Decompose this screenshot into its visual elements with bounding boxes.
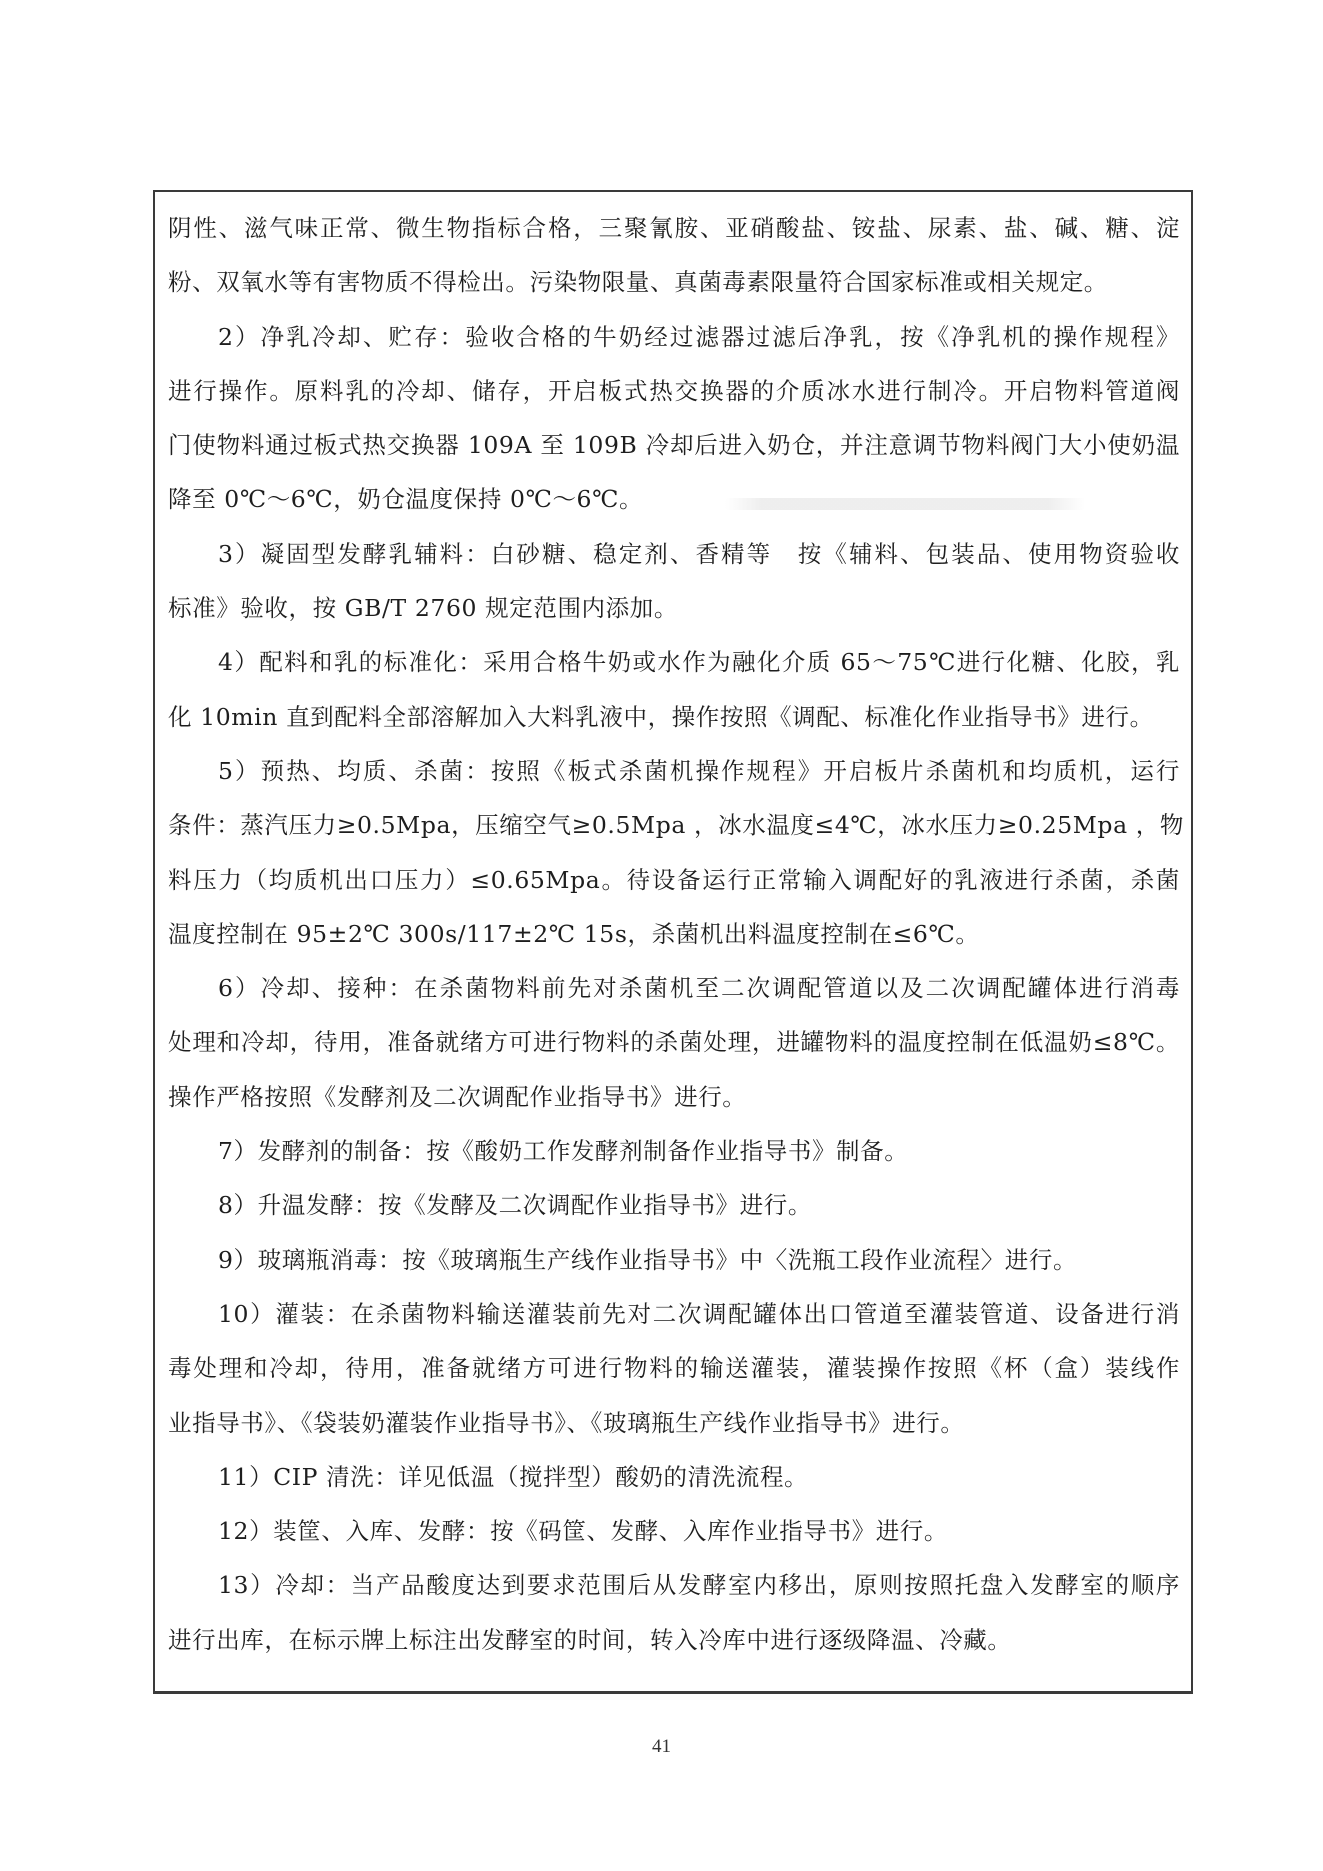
text-line: 温度控制在 95±2℃ 300s/117±2℃ 15s，杀菌机出料温度控制在≤6…	[168, 919, 1180, 973]
paragraph-12: 12）装筐、入库、发酵：按《码筐、发酵、入库作业指导书》进行。	[168, 1516, 1180, 1570]
text-line: 业指导书》、《袋装奶灌装作业指导书》、《玻璃瓶生产线作业指导书》进行。	[168, 1408, 1180, 1462]
paragraph-13-start: 13）冷却：当产品酸度达到要求范围后从发酵室内移出，原则按照托盘入发酵室的顺序	[168, 1570, 1180, 1624]
text-line: 标准》验收，按 GB/T 2760 规定范围内添加。	[168, 593, 1180, 647]
paragraph-5-start: 5）预热、均质、杀菌：按照《板式杀菌机操作规程》开启板片杀菌机和均质机，运行	[168, 756, 1180, 810]
document-body: 阴性、滋气味正常、微生物指标合格，三聚氰胺、亚硝酸盐、铵盐、尿素、盐、碱、糖、淀…	[168, 213, 1180, 1679]
text-line: 条件：蒸汽压力≥0.5Mpa，压缩空气≥0.5Mpa ，冰水温度≤4℃，冰水压力…	[168, 810, 1180, 864]
text-line: 毒处理和冷却，待用，准备就绪方可进行物料的输送灌装，灌装操作按照《杯（盒）装线作	[168, 1353, 1180, 1407]
text-line: 粉、双氧水等有害物质不得检出。污染物限量、真菌毒素限量符合国家标准或相关规定。	[168, 267, 1180, 321]
paragraph-11: 11）CIP 清洗：详见低温（搅拌型）酸奶的清洗流程。	[168, 1462, 1180, 1516]
paragraph-6-start: 6）冷却、接种：在杀菌物料前先对杀菌机至二次调配管道以及二次调配罐体进行消毒	[168, 973, 1180, 1027]
text-line: 降至 0℃～6℃，奶仓温度保持 0℃～6℃。	[168, 484, 1180, 538]
paragraph-7: 7）发酵剂的制备：按《酸奶工作发酵剂制备作业指导书》制备。	[168, 1136, 1180, 1190]
text-line: 进行操作。原料乳的冷却、储存，开启板式热交换器的介质冰水进行制冷。开启物料管道阀	[168, 376, 1180, 430]
text-line: 门使物料通过板式热交换器 109A 至 109B 冷却后进入奶仓，并注意调节物料…	[168, 430, 1180, 484]
paragraph-3-start: 3）凝固型发酵乳辅料：白砂糖、稳定剂、香精等 按《辅料、包装品、使用物资验收	[168, 539, 1180, 593]
paragraph-2-start: 2）净乳冷却、贮存：验收合格的牛奶经过滤器过滤后净乳，按《净乳机的操作规程》	[168, 322, 1180, 376]
scan-artifact	[725, 498, 1085, 510]
page-number: 41	[0, 1736, 1323, 1758]
text-line: 进行出库，在标示牌上标注出发酵室的时间，转入冷库中进行逐级降温、冷藏。	[168, 1625, 1180, 1679]
text-line: 料压力（均质机出口压力）≤0.65Mpa。待设备运行正常输入调配好的乳液进行杀菌…	[168, 865, 1180, 919]
text-line: 处理和冷却，待用，准备就绪方可进行物料的杀菌处理，进罐物料的温度控制在低温奶≤8…	[168, 1027, 1180, 1081]
paragraph-9: 9）玻璃瓶消毒：按《玻璃瓶生产线作业指导书》中〈洗瓶工段作业流程〉进行。	[168, 1245, 1180, 1299]
paragraph-4-start: 4）配料和乳的标准化：采用合格牛奶或水作为融化介质 65～75℃进行化糖、化胶，…	[168, 647, 1180, 701]
text-line: 操作严格按照《发酵剂及二次调配作业指导书》进行。	[168, 1082, 1180, 1136]
paragraph-10-start: 10）灌装：在杀菌物料输送灌装前先对二次调配罐体出口管道至灌装管道、设备进行消	[168, 1299, 1180, 1353]
text-line: 化 10min 直到配料全部溶解加入大料乳液中，操作按照《调配、标准化作业指导书…	[168, 702, 1180, 756]
text-line: 阴性、滋气味正常、微生物指标合格，三聚氰胺、亚硝酸盐、铵盐、尿素、盐、碱、糖、淀	[168, 213, 1180, 267]
paragraph-8: 8）升温发酵：按《发酵及二次调配作业指导书》进行。	[168, 1190, 1180, 1244]
content-frame: 阴性、滋气味正常、微生物指标合格，三聚氰胺、亚硝酸盐、铵盐、尿素、盐、碱、糖、淀…	[153, 190, 1193, 1694]
